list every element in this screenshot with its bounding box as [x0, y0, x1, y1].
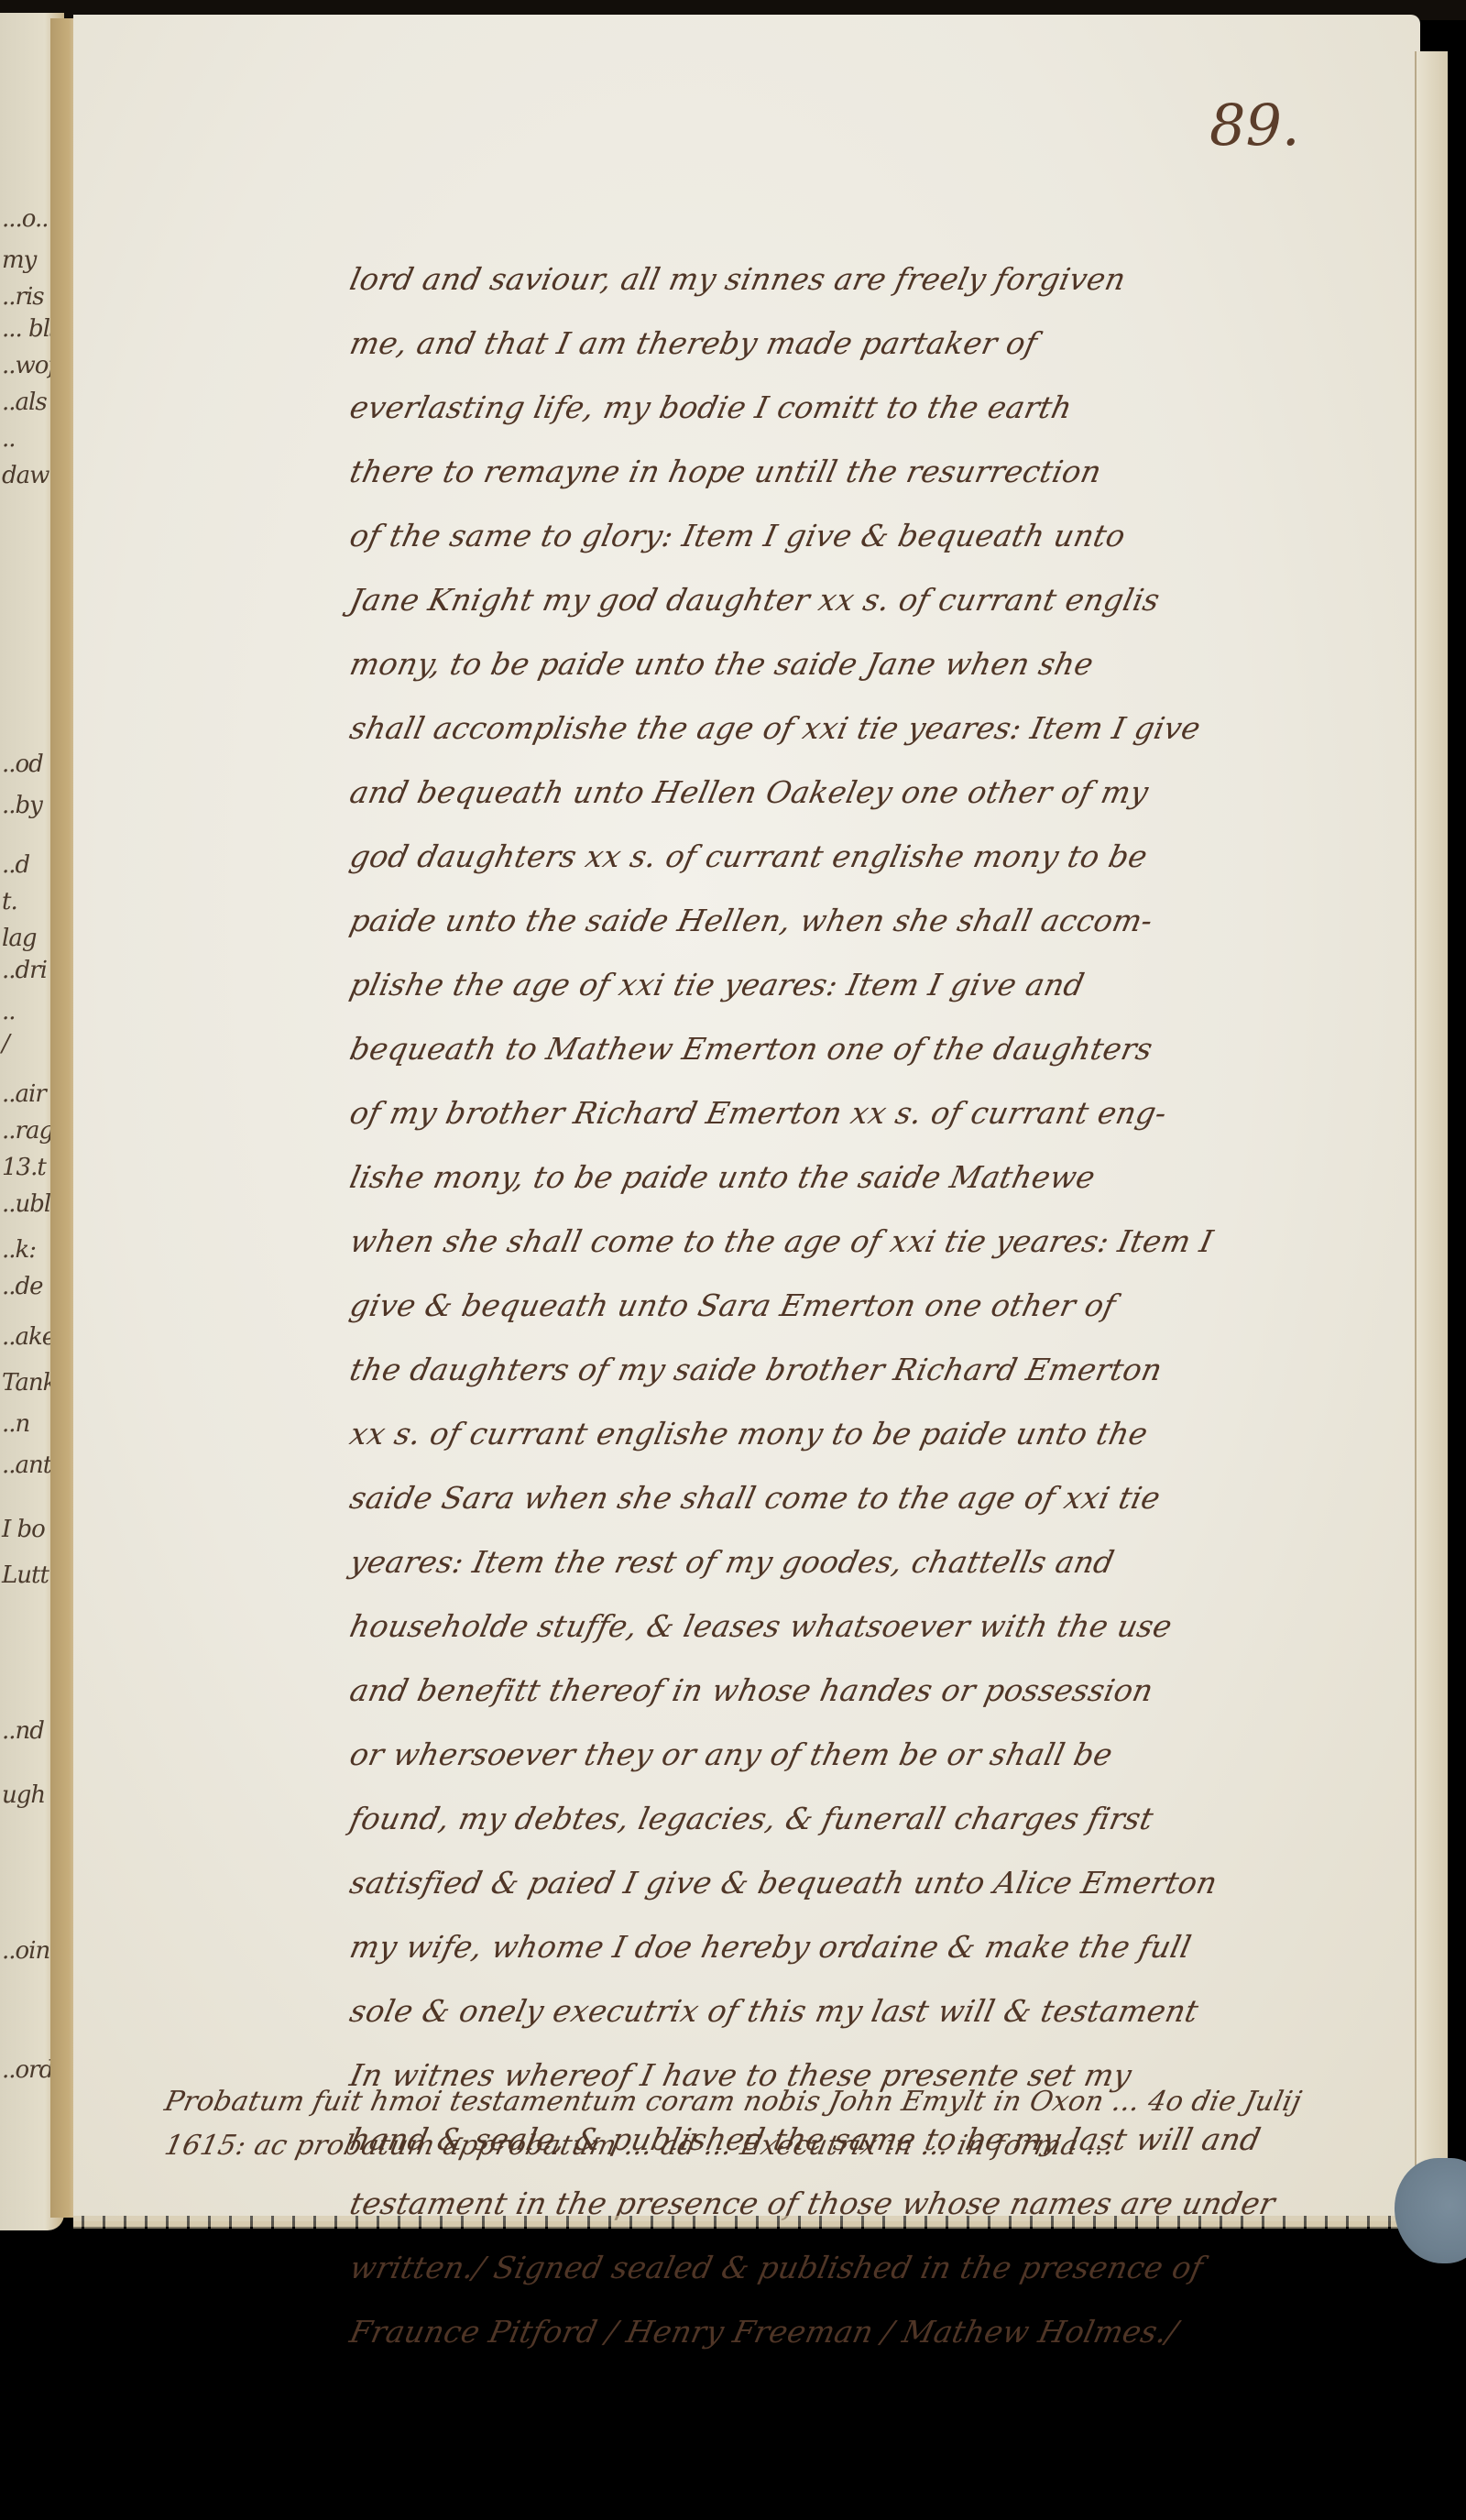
facing-fragment: ..n [2, 1410, 29, 1438]
facing-fragment: .. [2, 425, 16, 453]
text-line: my wife, whome I doe hereby ordaine & ma… [344, 1915, 1429, 1979]
probate-line: 1615: ac probatum approbatum ... ad ... … [160, 2124, 1425, 2168]
text-line: me, and that I am thereby made partaker … [344, 312, 1429, 376]
facing-fragment: my [2, 247, 36, 274]
text-line: householde stuffe, & leases whatsoever w… [344, 1594, 1429, 1659]
text-line: sole & onely executrix of this my last w… [344, 1979, 1429, 2043]
facing-fragment: ..dri [2, 957, 47, 984]
text-line: when she shall come to the age of xxi ti… [344, 1210, 1429, 1274]
facing-fragment: ..ubl [2, 1190, 50, 1218]
facing-fragment: ...o.. [2, 205, 49, 233]
text-line: found, my debtes, legacies, & funerall c… [344, 1787, 1429, 1851]
text-line: and bequeath unto Hellen Oakeley one oth… [344, 761, 1429, 825]
text-line: everlasting life, my bodie I comitt to t… [344, 376, 1429, 440]
text-line: bequeath to Mathew Emerton one of the da… [344, 1017, 1429, 1081]
facing-fragment: ..k: [2, 1236, 36, 1264]
facing-fragment: ..ant [2, 1452, 51, 1479]
text-line: written./ Signed sealed & published in t… [344, 2236, 1429, 2300]
facing-fragment: daw [2, 462, 49, 489]
text-line: saide Sara when she shall come to the ag… [344, 1466, 1429, 1530]
text-line: of my brother Richard Emerton xx s. of c… [344, 1081, 1429, 1145]
probate-line: Probatum fuit hmoi testamentum coram nob… [160, 2080, 1425, 2124]
text-line: Jane Knight my god daughter xx s. of cur… [344, 568, 1429, 632]
facing-fragment: ..ris [2, 283, 44, 311]
facing-fragment: ..by [2, 792, 42, 819]
text-line: plishe the age of xxi tie yeares: Item I… [344, 953, 1429, 1017]
text-line: xx s. of currant englishe mony to be pai… [344, 1402, 1429, 1466]
facing-fragment: lag [2, 925, 36, 952]
text-line: god daughters xx s. of currant englishe … [344, 825, 1429, 889]
probate-note: Probatum fuit hmoi testamentum coram nob… [160, 2080, 1416, 2168]
facing-fragment: / [2, 1030, 9, 1057]
facing-fragment: ..wof [2, 352, 56, 379]
facing-fragment: ugh [2, 1781, 45, 1809]
text-line: yeares: Item the rest of my goodes, chat… [344, 1530, 1429, 1594]
will-text: lord and saviour, all my sinnes are free… [344, 247, 1416, 2364]
facing-fragment: ..nd [2, 1717, 44, 1745]
text-line: and benefitt thereof in whose handes or … [344, 1659, 1429, 1723]
text-line: shall accomplishe the age of xxi tie yea… [344, 696, 1429, 761]
facing-fragment: .. [2, 998, 16, 1025]
facing-fragment: 13.t [2, 1154, 46, 1181]
page-number: 89. [1209, 92, 1300, 159]
text-line: or whersoever they or any of them be or … [344, 1723, 1429, 1787]
text-line: Fraunce Pitford / Henry Freeman / Mathew… [344, 2300, 1429, 2364]
facing-fragment: Lutt [2, 1561, 49, 1589]
facing-fragment: ..air [2, 1080, 46, 1108]
text-line: there to remayne in hope untill the resu… [344, 440, 1429, 504]
text-line: of the same to glory: Item I give & bequ… [344, 504, 1429, 568]
facing-fragment: t. [2, 888, 17, 915]
facing-fragment: I bo [2, 1516, 45, 1543]
text-line: the daughters of my saide brother Richar… [344, 1338, 1429, 1402]
facing-fragment: ..als [2, 389, 47, 416]
text-line: paide unto the saide Hellen, when she sh… [344, 889, 1429, 953]
text-line: give & bequeath unto Sara Emerton one ot… [344, 1274, 1429, 1338]
text-line: satisfied & paied I give & bequeath unto… [344, 1851, 1429, 1915]
facing-fragment: ..ake [2, 1323, 55, 1351]
facing-fragment: ..od [2, 751, 43, 778]
facing-fragment: Tank [2, 1369, 56, 1397]
text-line: lishe mony, to be paide unto the saide M… [344, 1145, 1429, 1210]
facing-fragment: ..d [2, 851, 29, 879]
torn-page-edge [73, 2216, 1420, 2229]
text-line: mony, to be paide unto the saide Jane wh… [344, 632, 1429, 696]
facing-fragment: ..de [2, 1273, 43, 1300]
facing-fragment: ..rag [2, 1117, 53, 1145]
text-line: lord and saviour, all my sinnes are free… [344, 247, 1429, 312]
